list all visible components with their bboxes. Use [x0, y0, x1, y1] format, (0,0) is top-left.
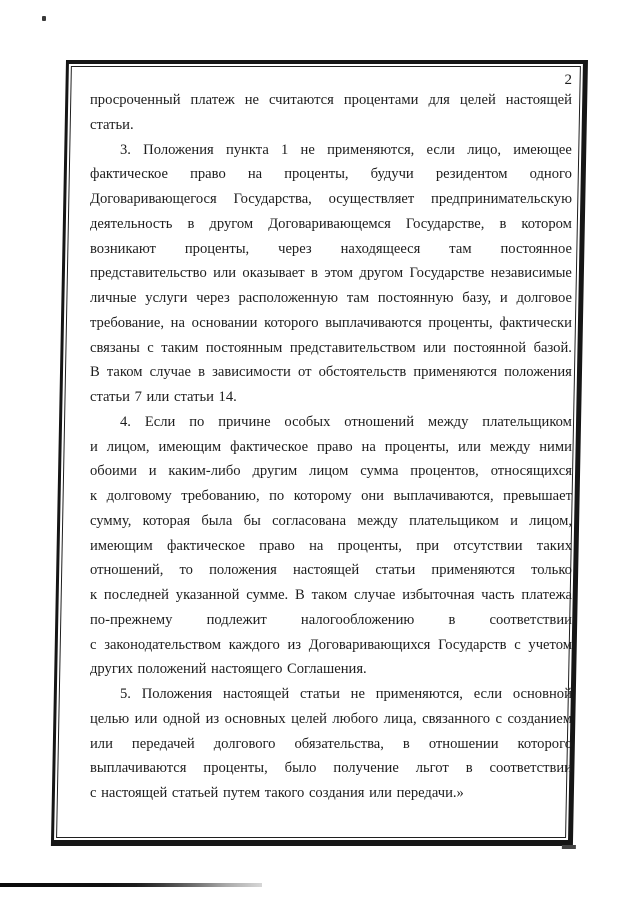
text-line: просроченныйплатежнесчитаютсяпроцентамид…: [90, 92, 572, 117]
text-line: возникаютпроценты,черезнаходящеесятампос…: [90, 241, 572, 266]
text-line: 4.Еслипопричинеособыхотношениймеждуплате…: [90, 414, 572, 439]
text-line: обоимиикаким-либодругимлицомсуммапроцент…: [90, 463, 572, 488]
text-line: личныеуслугичерезрасположеннуютампостоян…: [90, 290, 572, 315]
text-line: выплачиваютсяпроценты,былополучениельгот…: [90, 760, 572, 785]
text-line: илипередачейдолговогообязательства,вотно…: [90, 736, 572, 761]
text-line: сумму,котораябылабысогласованамеждуплате…: [90, 513, 572, 538]
scanned-document-page: 2 просроченныйплатежнесчитаютсяпроцентам…: [0, 0, 640, 905]
text-line: другихположенийнастоящегоСоглашения.: [90, 661, 572, 686]
text-line: имеющимфактическоеправонапроценты,приотс…: [90, 538, 572, 563]
text-line: связаныстакимпостояннымпредставительство…: [90, 340, 572, 365]
scan-speck-artifact: [42, 16, 46, 21]
text-line: деятельностьвдругомДоговаривающемсяГосуд…: [90, 216, 572, 241]
text-line: по-прежнемуподлежитналогообложениювсоотв…: [90, 612, 572, 637]
text-line: представительствоилиоказываетвэтомдругом…: [90, 265, 572, 290]
text-line: 5.Положениянастоящейстатьинеприменяются,…: [90, 686, 572, 711]
text-line: цельюилиоднойизосновныхцелейлюбоголица,с…: [90, 711, 572, 736]
text-line: Втакомслучаевзависимостиотобстоятельствп…: [90, 364, 572, 389]
text-line: отношений,тоположениянастоящейстатьиприм…: [90, 562, 572, 587]
text-line: требование,наоснованиикотороговыплачиваю…: [90, 315, 572, 340]
page-number: 2: [90, 71, 572, 89]
document-body: просроченныйплатежнесчитаютсяпроцентамид…: [90, 92, 572, 810]
text-line: снастоящейстатьейпутемтакогосозданияилип…: [90, 785, 572, 810]
text-line: илицом,имеющимфактическоеправонапроценты…: [90, 439, 572, 464]
text-line: сзаконодательствомкаждогоизДоговаривающи…: [90, 637, 572, 662]
text-line: фактическоеправонапроценты,будучирезиден…: [90, 166, 572, 191]
scan-edge-line-artifact: [0, 883, 262, 887]
text-line: статьи.: [90, 117, 572, 142]
text-line: кпоследнейуказаннойсумме.Втакомслучаеизб…: [90, 587, 572, 612]
text-line: 3.Положенияпункта1неприменяются,еслилицо…: [90, 142, 572, 167]
text-line: кдолговомутребованию,покоторомуонивыплач…: [90, 488, 572, 513]
text-line: статьи7илистатьи14.: [90, 389, 572, 414]
text-line: ДоговаривающегосяГосударства,осуществляе…: [90, 191, 572, 216]
